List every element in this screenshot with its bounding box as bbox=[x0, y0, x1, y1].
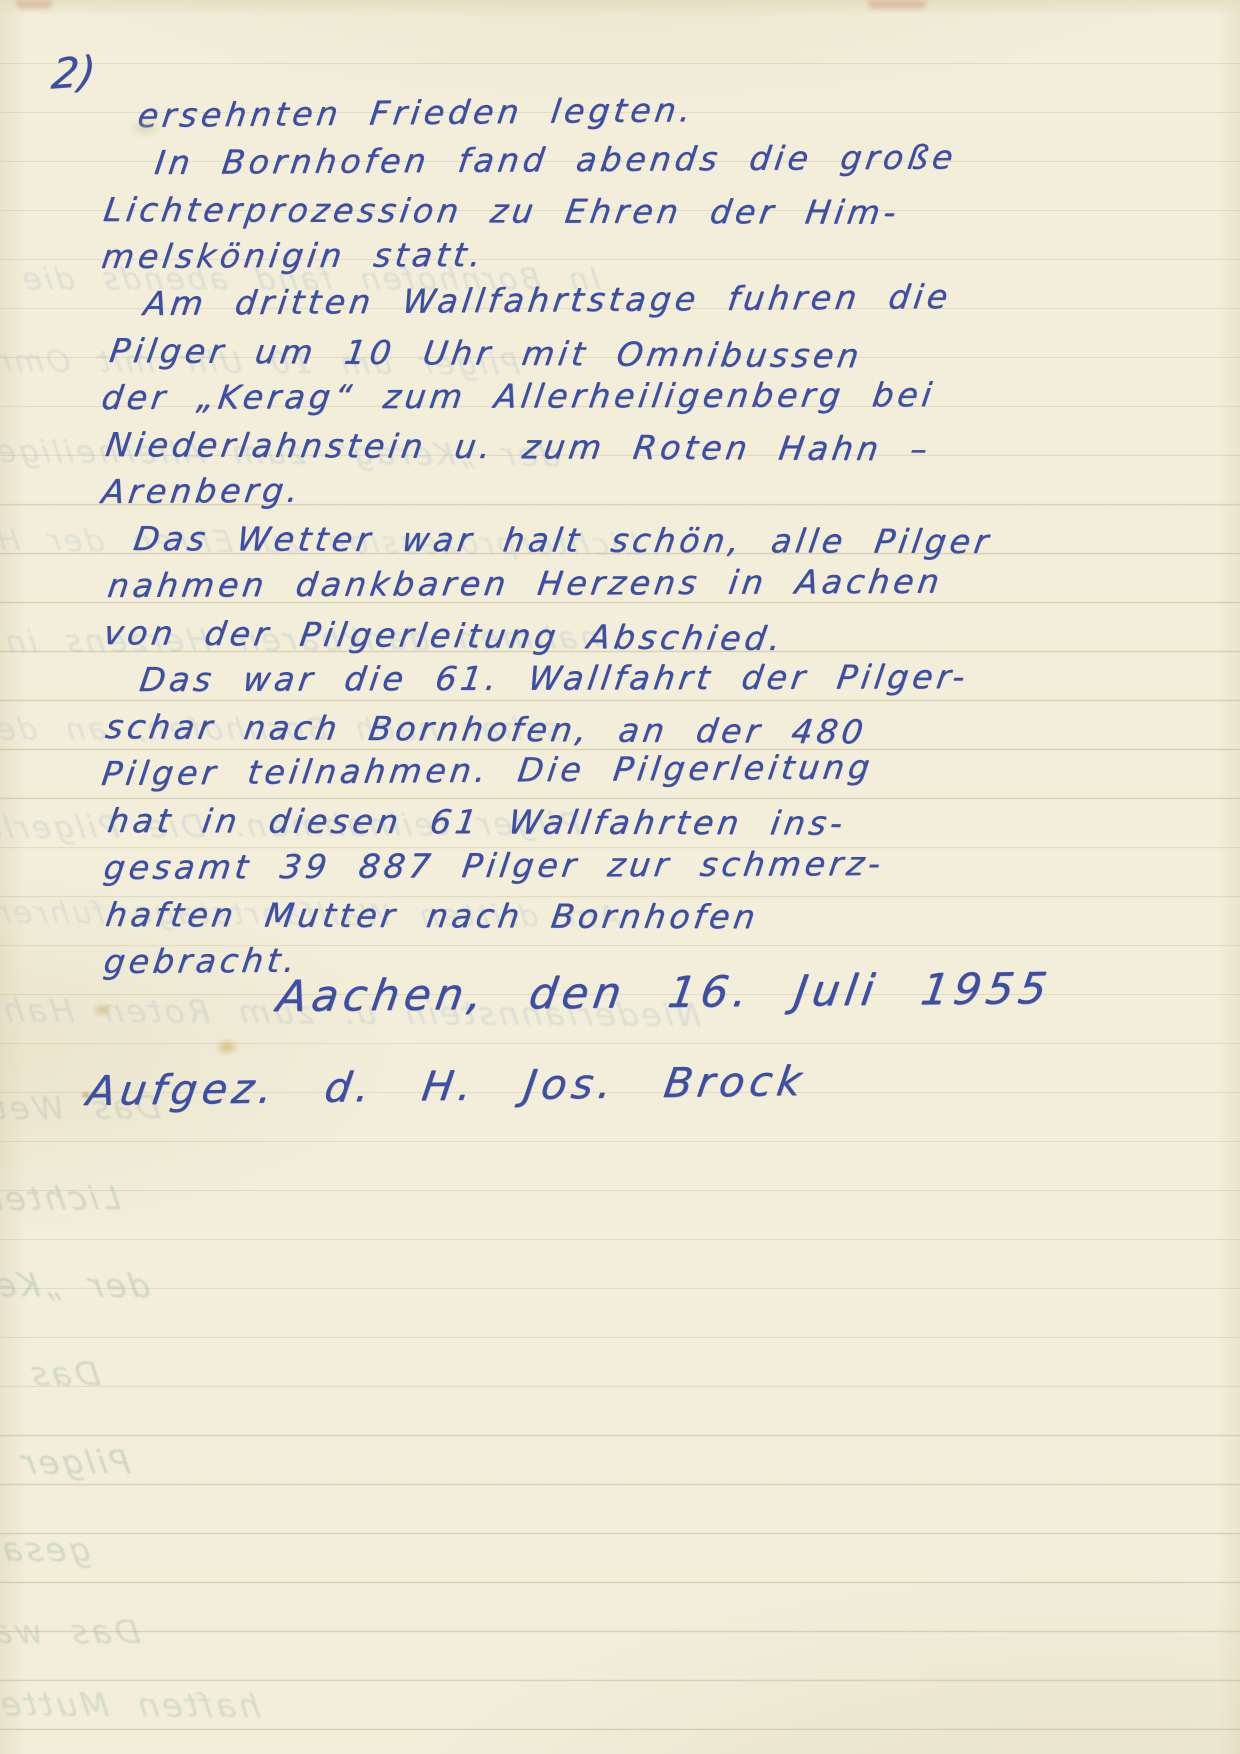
handwriting-line: Das war die 61. Wallfahrt der Pilger- bbox=[137, 653, 1144, 703]
showthrough-line: Lichterprozession zu Ehren der Him- bbox=[0, 1178, 123, 1222]
handwritten-body: ersehnten Frieden legten.In Bornhofen fa… bbox=[100, 92, 1140, 985]
showthrough-line: Das war die 61. Wallfahrt der Pilger- bbox=[0, 1612, 143, 1651]
handwriting-line: Am dritten Wallfahrtstage fuhren die bbox=[141, 271, 1144, 327]
showthrough-line: der „Kerag“ zum Allerheiligenberg bei bbox=[0, 1260, 153, 1305]
paper-stain bbox=[92, 1002, 112, 1018]
handwriting-line: nahmen dankbaren Herzens in Aachen bbox=[105, 557, 1144, 609]
handwriting-line: ersehnten Frieden legten. bbox=[135, 82, 1145, 139]
top-edge-smudge-left bbox=[16, 0, 52, 9]
page-number: 2) bbox=[49, 47, 98, 99]
showthrough-line: haften Mutter nach Bornhofen bbox=[0, 1682, 263, 1725]
signature: Aufgez. d. H. Jos. Brock bbox=[84, 1057, 810, 1115]
handwriting-line: gesamt 39 887 Pilger zur schmerz- bbox=[101, 839, 1144, 891]
handwriting-line: Arenberg. bbox=[99, 461, 1144, 515]
dateline: Aachen, den 16. Juli 1955 bbox=[274, 964, 1055, 1022]
handwriting-line: der „Kerag“ zum Allerheiligenberg bei bbox=[99, 370, 1144, 421]
showthrough-line: Pilger teilnahmen. Die Pilgerleitung bbox=[0, 1442, 133, 1486]
handwriting-line: In Bornhofen fand abends die große bbox=[152, 132, 1144, 186]
top-edge-smudge-right bbox=[868, 0, 926, 9]
handwriting-line: Pilger teilnahmen. Die Pilgerleitung bbox=[99, 741, 1144, 797]
manuscript-page: In Bornhofen fand abends die großePilger… bbox=[0, 0, 1240, 1754]
showthrough-line: Das Wetter war halt schön, alle Pilger bbox=[0, 1354, 103, 1393]
paper-stain bbox=[214, 1038, 240, 1056]
showthrough-line: gesamt 39 887 Pilger zur schmerz- bbox=[0, 1525, 93, 1569]
